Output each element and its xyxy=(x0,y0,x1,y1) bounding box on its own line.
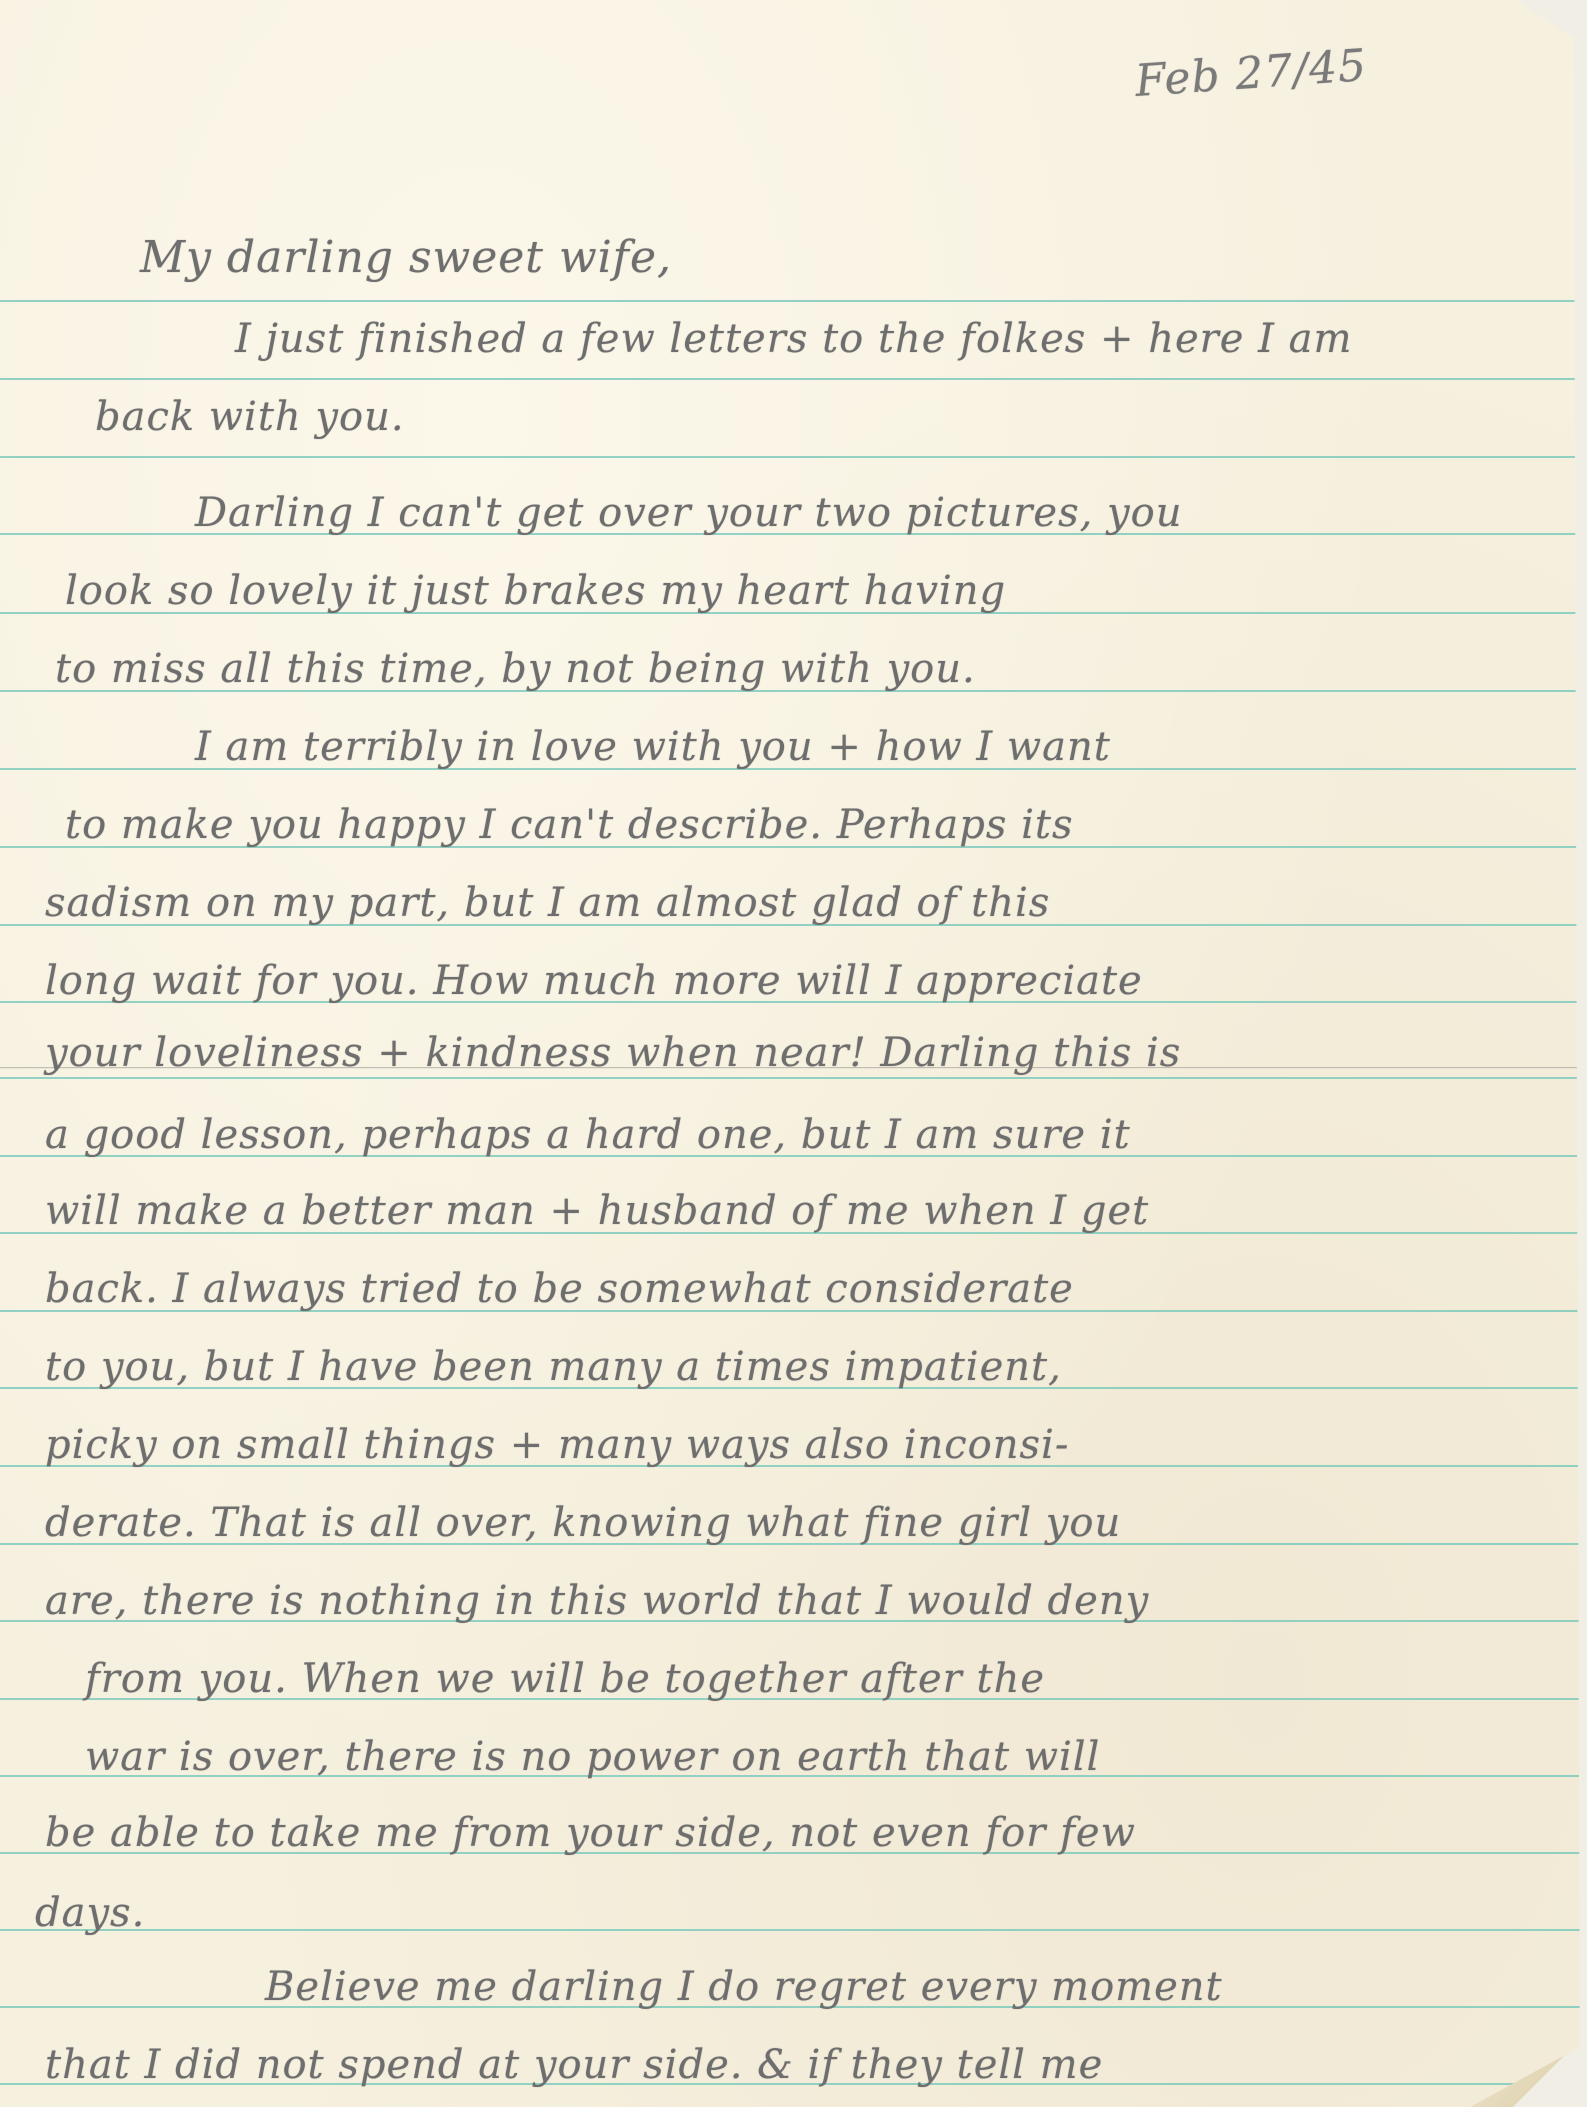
ruled-line xyxy=(0,1929,1580,1931)
letter-date: Feb 27/45 xyxy=(1134,40,1369,107)
letter-line: days. xyxy=(35,1890,145,1936)
letter-line: war is over, there is no power on earth … xyxy=(85,1734,1100,1780)
letter-line: to make you happy I can't describe. Perh… xyxy=(65,802,1073,848)
ruled-line xyxy=(0,456,1580,458)
ruled-line xyxy=(0,378,1580,380)
letter-line: I just finished a few letters to the fol… xyxy=(235,316,1352,362)
letter-line: a good lesson, perhaps a hard one, but I… xyxy=(45,1112,1131,1158)
letter-line: will make a better man + husband of me w… xyxy=(45,1188,1149,1234)
letter-line: back with you. xyxy=(95,394,405,440)
letter-line: picky on small things + many ways also i… xyxy=(45,1422,1069,1468)
letter-salutation: My darling sweet wife, xyxy=(140,232,672,283)
ruled-line xyxy=(0,1077,1580,1079)
ruled-line xyxy=(0,300,1580,302)
letter-paper: Feb 27/45 My darling sweet wife, I just … xyxy=(0,0,1580,2107)
letter-line: be able to take me from your side, not e… xyxy=(45,1810,1136,1856)
letter-line: look so lovely it just brakes my heart h… xyxy=(65,568,1006,614)
letter-line: to you, but I have been many a times imp… xyxy=(45,1344,1062,1390)
letter-line: sadism on my part, but I am almost glad … xyxy=(45,880,1050,926)
letter-line: Believe me darling I do regret every mom… xyxy=(265,1964,1223,2010)
letter-line: Darling I can't get over your two pictur… xyxy=(195,490,1183,536)
letter-line: I am terribly in love with you + how I w… xyxy=(195,724,1111,770)
letter-line: derate. That is all over, knowing what f… xyxy=(45,1500,1121,1546)
letter-line: your loveliness + kindness when near! Da… xyxy=(45,1030,1181,1076)
letter-line: from you. When we will be together after… xyxy=(85,1656,1045,1702)
letter-line: long wait for you. How much more will I … xyxy=(45,958,1143,1004)
letter-line: are, there is nothing in this world that… xyxy=(45,1578,1149,1624)
letter-line: to miss all this time, by not being with… xyxy=(55,646,976,692)
letter-line: back. I always tried to be somewhat cons… xyxy=(45,1266,1074,1312)
letter-line: that I did not spend at your side. & if … xyxy=(45,2042,1103,2088)
